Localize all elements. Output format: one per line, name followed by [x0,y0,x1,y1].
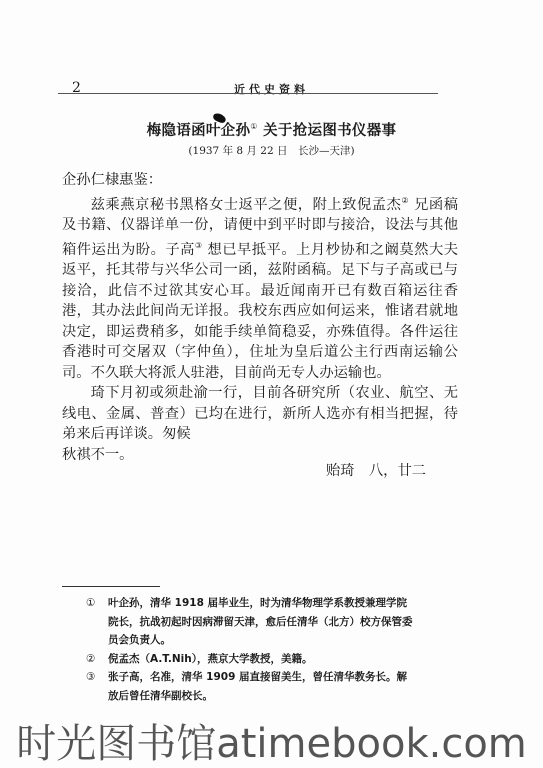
footnote-text: 张子高，名准，清华 1909 届直接留美生，曾任清华教务长。解放后曾任清华副校长… [108,671,407,702]
watermark: 时光图书馆atimebook.com [0,712,543,768]
footnote-1: ①叶企孙，清华 1918 届毕业生，时为清华物理学系教授兼理学院院长，抗战初起时… [86,594,416,650]
footnote-3: ③张子高，名准，清华 1909 届直接留美生，曾任清华教务长。解放后曾任清华副校… [86,668,416,705]
footnotes: ①叶企孙，清华 1918 届毕业生，时为清华物理学系教授兼理学院院长，抗战初起时… [86,594,416,705]
footnote-mark: ② [86,650,95,669]
salutation: 企孙仁棣惠鉴： [62,170,458,191]
signature: 贻琦 八，廿二 [326,460,426,480]
running-header: 近代史资料 [0,81,543,97]
paragraph-1-part-a: 兹乘燕京秘书黑格女士返平之便，附上致倪孟杰 [91,197,402,213]
footnote-mark: ① [86,594,95,613]
paragraph-1-part-c: 想已早抵平。上月杪协和之阚莫然大夫返平，托其带与兴华公司一函，兹附函稿。足下与子… [62,242,458,381]
footnote-ref-1: ① [250,122,257,131]
letter-body: 企孙仁棣惠鉴： 兹乘燕京秘书黑格女士返平之便，附上致倪孟杰② 兄函稿及书籍、仪器… [62,170,458,465]
footnote-ref-3: ③ [195,241,203,250]
footnote-text: 叶企孙，清华 1918 届毕业生，时为清华物理学系教授兼理学院院长，抗战初起时因… [108,597,413,646]
article-title: 梅隐语函叶企孙① 关于抢运图书仪器事 [0,119,543,140]
footnote-text: 倪孟杰（A.T.Nih），燕京大学教授，美籍。 [108,653,312,665]
footnote-rule [62,586,160,587]
header-rule [58,93,438,94]
footnote-ref-2: ② [401,196,409,205]
footnote-2: ②倪孟杰（A.T.Nih），燕京大学教授，美籍。 [86,650,416,669]
paragraph-1: 兹乘燕京秘书黑格女士返平之便，附上致倪孟杰② 兄函稿及书籍、仪器详单一份，请便中… [62,191,458,384]
paragraph-2: 琦下月初或须赴渝一行，目前各研究所（农业、航空、无线电、金属、普查）已均在进行，… [62,383,458,445]
footnote-mark: ③ [86,668,95,687]
title-text-after: 关于抢运图书仪器事 [258,123,397,139]
title-text-before: 梅隐语函叶企孙 [147,123,251,139]
article-subtitle: (1937 年 8 月 22 日 长沙—天津) [0,143,543,158]
